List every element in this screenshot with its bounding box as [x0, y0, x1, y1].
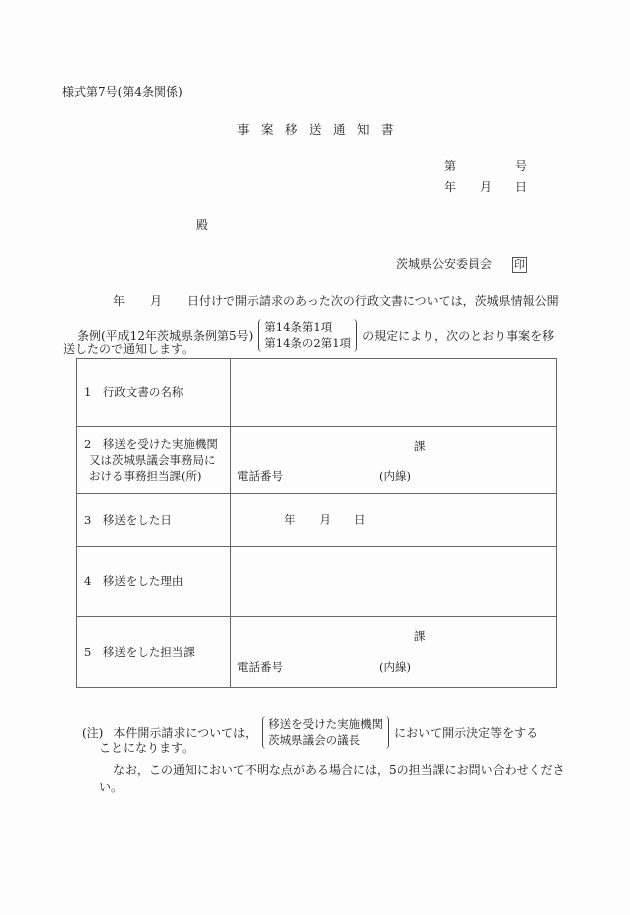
date-day: 日: [515, 180, 527, 194]
ordinance-ref: 条例(平成12年茨城県条例第5号): [77, 330, 253, 342]
document-name-field[interactable]: [231, 359, 557, 427]
document-number: 第号: [444, 160, 527, 172]
table-row: 2 移送を受けた実施機関 又は茨城県議会事務局に おける事務担当課(所) 課 電…: [77, 427, 557, 494]
form-number: 様式第7号(第4条関係): [62, 86, 183, 98]
table-row: 4 移送をした理由: [77, 547, 557, 617]
label-line: おける事務担当課(所): [84, 468, 230, 484]
addressee: 殿: [196, 219, 208, 231]
label-line: 又は茨城県議会事務局に: [84, 452, 230, 468]
article-option: 第14条第1項: [264, 320, 351, 336]
seal-icon: 印: [512, 257, 527, 273]
body-month: 月: [150, 294, 162, 308]
note-line-4: い。: [99, 781, 123, 793]
extension-label: (内線): [379, 471, 411, 483]
article-options: 第14条第1項 第14条の2第1項: [258, 319, 357, 352]
note-prefix: (注): [82, 727, 103, 739]
decision-body-options: 移送を受けた実施機関 茨城県議会の議長: [262, 716, 389, 749]
tel-label: 電話番号: [237, 471, 283, 483]
body-line-3: 送したので通知します。: [63, 343, 194, 355]
table-row: 1 行政文書の名称: [77, 359, 557, 427]
extension-label: (内線): [379, 662, 411, 674]
day-label: 日: [354, 512, 366, 526]
section-label: 課: [414, 441, 426, 453]
date-year: 年: [444, 180, 456, 194]
body-year: 年: [113, 294, 125, 308]
note-text-2: において開示決定等をする: [394, 727, 538, 739]
body-text-1: 日付けで開示請求のあった次の行政文書については，茨城県情報公開: [187, 294, 559, 308]
decision-body-option: 移送を受けた実施機関: [268, 717, 383, 733]
document-date: 年月日: [444, 181, 527, 193]
number-suffix: 号: [515, 159, 527, 173]
note-text-1: 本件開示請求については，: [113, 727, 257, 739]
document-title: 事案移送通知書: [237, 124, 405, 137]
row-label: 5 移送をした担当課: [77, 617, 231, 688]
note-line-2: ことになります。: [99, 742, 194, 754]
note-line-3: なお，この通知において不明な点がある場合には，5の担当課にお問い合わせくださ: [113, 764, 565, 776]
article-option: 第14条の2第1項: [264, 336, 351, 352]
label-line: 2 移送を受けた実施機関: [84, 436, 230, 452]
tel-label: 電話番号: [237, 662, 283, 674]
row-label: 4 移送をした理由: [77, 547, 231, 617]
transfer-reason-field[interactable]: [231, 547, 557, 617]
issuer: 茨城県公安委員会印: [396, 257, 527, 273]
table-row: 5 移送をした担当課 課 電話番号 (内線): [77, 617, 557, 688]
table-row: 3 移送をした日 年月日: [77, 494, 557, 547]
receiving-section-field[interactable]: 課 電話番号 (内線): [231, 427, 557, 494]
year-label: 年: [284, 512, 296, 526]
section-label: 課: [414, 631, 426, 643]
responsible-section-field[interactable]: 課 電話番号 (内線): [231, 617, 557, 688]
row-label: 2 移送を受けた実施機関 又は茨城県議会事務局に おける事務担当課(所): [77, 427, 231, 494]
row-label: 1 行政文書の名称: [77, 359, 231, 427]
body-text-2: の規定により，次のとおり事案を移: [362, 330, 554, 342]
date-placeholder: 年月日: [284, 514, 366, 526]
body-line-1: 年月日付けで開示請求のあった次の行政文書については，茨城県情報公開: [77, 295, 559, 307]
date-month: 月: [480, 180, 492, 194]
transfer-date-field[interactable]: 年月日: [231, 494, 557, 547]
row-label: 3 移送をした日: [77, 494, 231, 547]
info-table: 1 行政文書の名称 2 移送を受けた実施機関 又は茨城県議会事務局に おける事務…: [76, 358, 557, 688]
issuer-name: 茨城県公安委員会: [396, 257, 492, 271]
decision-body-option: 茨城県議会の議長: [268, 733, 383, 749]
month-label: 月: [320, 512, 332, 526]
number-prefix: 第: [444, 159, 456, 173]
